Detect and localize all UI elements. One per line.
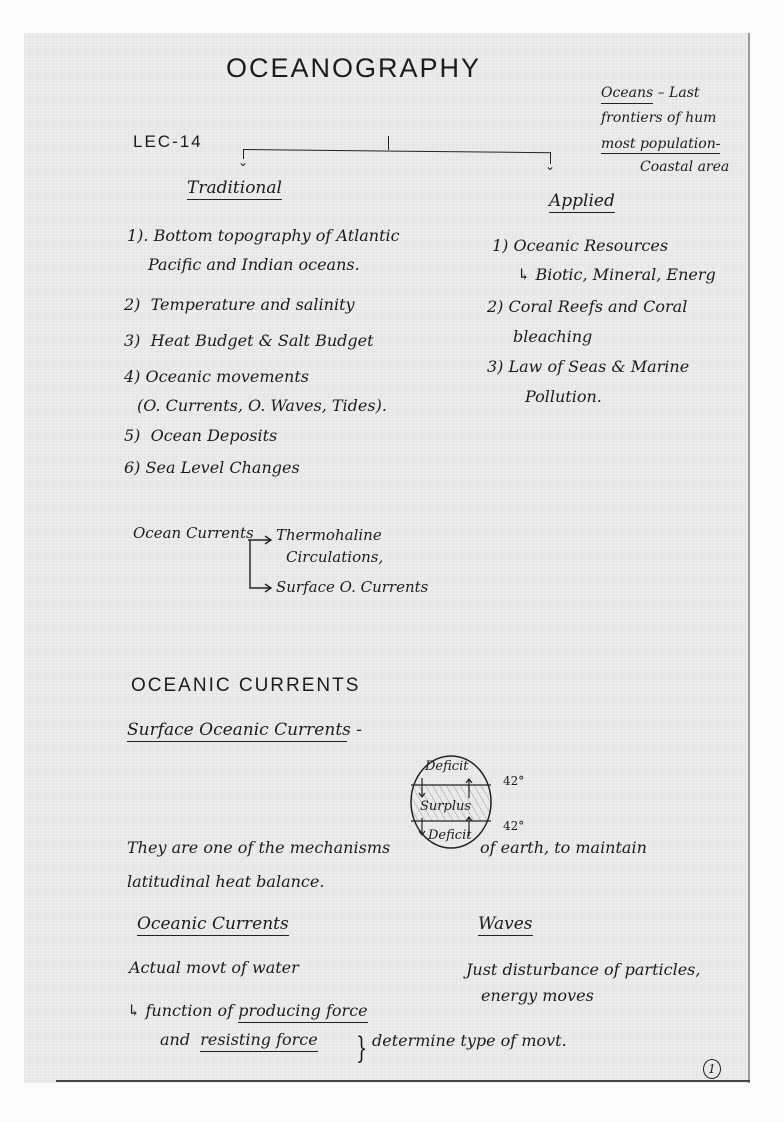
diagram-lat-north: 42° (503, 775, 524, 787)
item-text: Oceanic movements (146, 367, 309, 386)
thermohaline-label: Thermohaline (276, 528, 382, 543)
diagram-deficit-top: Deficit (425, 760, 468, 773)
waves-line-1: Just disturbance of particles, (466, 962, 700, 978)
item-number: 2) (124, 295, 140, 314)
diagram-lat-south: 42° (503, 820, 524, 832)
traditional-item-4: 4) Oceanic movements (124, 369, 309, 385)
mechanism-sentence-part-1: They are one of the mechanisms (127, 840, 390, 856)
item-number: 1) (492, 236, 508, 255)
resisting-force: resisting force (200, 1030, 317, 1052)
traditional-item-1: 1). Bottom topography of Atlantic (127, 228, 400, 244)
actual-movt-line: Actual movt of water (129, 960, 299, 976)
item-number: 3) (487, 357, 503, 376)
item-text: Coral Reefs and Coral (509, 297, 688, 316)
waves-line-2: energy moves (481, 988, 594, 1004)
producing-force: producing force (238, 1001, 367, 1023)
traditional-heading: Traditional (187, 180, 282, 200)
item-number: 5) (124, 426, 140, 445)
applied-item-3-cont: Pollution. (525, 389, 602, 405)
side-note-line-3: most population- (601, 137, 720, 154)
oceanic-currents-heading: Oceanic Currents (137, 916, 289, 936)
diagram-deficit-bottom: Deficit (428, 829, 471, 842)
applied-item-3: 3) Law of Seas & Marine (487, 359, 689, 375)
lecture-label: LEC-14 (133, 133, 203, 150)
traditional-item-2: 2) Temperature and salinity (124, 297, 355, 313)
item-number: 3) (124, 331, 140, 350)
surface-currents-subheading: Surface Oceanic Currents - (127, 722, 347, 742)
side-note-last: – Last (658, 85, 700, 101)
surface-currents-label: Surface O. Currents (276, 580, 428, 595)
notebook-page (24, 33, 750, 1083)
waves-heading: Waves (478, 916, 533, 936)
applied-item-2: 2) Coral Reefs and Coral (487, 299, 687, 315)
and-label: and (160, 1030, 190, 1049)
brace-icon: } (356, 1031, 367, 1066)
traditional-item-6: 6) Sea Level Changes (124, 460, 300, 476)
item-number: 6) (124, 458, 140, 477)
arrow-down-icon: ⌄ (545, 159, 555, 173)
side-note-line-1: Oceans – Last (601, 86, 700, 100)
page-number: 1 (703, 1059, 721, 1079)
item-number: 4) (124, 367, 140, 386)
resisting-line: and resisting force (160, 1032, 318, 1048)
branch-stem (388, 136, 389, 150)
traditional-item-1-cont: Pacific and Indian oceans. (148, 257, 360, 273)
side-note-line-2: frontiers of hum (601, 111, 716, 125)
item-text: Sea Level Changes (146, 458, 300, 477)
mechanism-sentence-line-2: latitudinal heat balance. (127, 874, 324, 890)
bottom-rule (56, 1080, 750, 1082)
traditional-item-3: 3) Heat Budget & Salt Budget (124, 333, 374, 349)
applied-item-1: 1) Oceanic Resources (492, 238, 668, 254)
item-text: Temperature and salinity (151, 295, 355, 314)
ocean-currents-label: Ocean Currents (133, 526, 254, 541)
side-note-oceans: Oceans (601, 85, 653, 104)
item-number: 2) (487, 297, 503, 316)
determine-type-text: determine type of movt. (372, 1033, 567, 1049)
item-text: Law of Seas & Marine (509, 357, 690, 376)
arrow-down-icon: ⌄ (238, 155, 248, 169)
applied-item-2-cont: bleaching (513, 329, 592, 345)
mechanism-sentence-part-2: of earth, to maintain (480, 840, 647, 856)
traditional-item-4-cont: (O. Currents, O. Waves, Tides). (137, 398, 387, 414)
item-text: Oceanic Resources (514, 236, 669, 255)
item-text: Heat Budget & Salt Budget (151, 331, 374, 350)
page-title: OCEANOGRAPHY (226, 55, 481, 82)
function-prefix: ↳ function of (127, 1001, 233, 1020)
traditional-item-5: 5) Ocean Deposits (124, 428, 277, 444)
applied-heading: Applied (549, 193, 615, 213)
circulations-label: Circulations, (286, 550, 383, 565)
function-line: ↳ function of producing force (127, 1003, 368, 1019)
item-text: Ocean Deposits (151, 426, 278, 445)
item-text: Bottom topography of Atlantic (154, 226, 400, 245)
applied-item-1-sub: ↳ Biotic, Mineral, Energ (517, 267, 716, 283)
side-note-line-4: Coastal area (640, 160, 729, 174)
diagram-surplus: Surplus (420, 800, 471, 813)
section-title-oceanic-currents: OCEANIC CURRENTS (131, 676, 360, 695)
item-number: 1). (127, 226, 149, 245)
